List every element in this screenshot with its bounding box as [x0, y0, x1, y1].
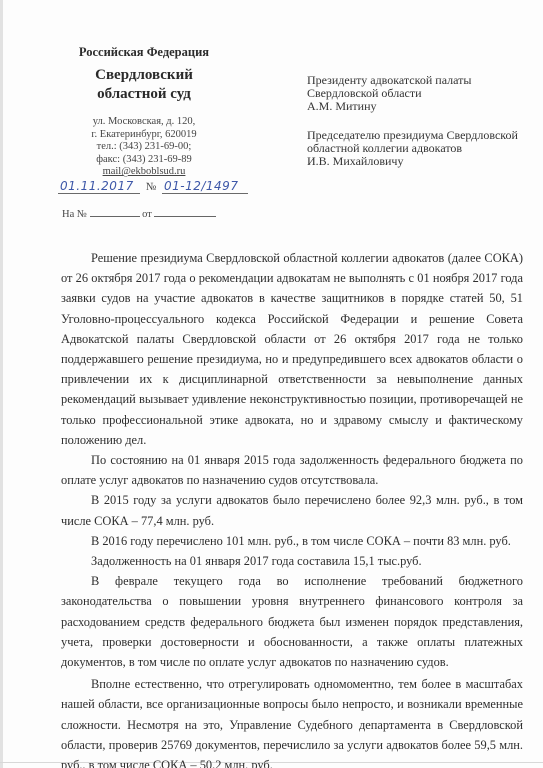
court-address: ул. Московская, д. 120, г. Екатеринбург,…: [52, 116, 236, 179]
country-name: Российская Федерация: [52, 44, 236, 60]
recipients-block: Президенту адвокатской палаты Свердловск…: [307, 74, 537, 184]
body-paragraph: В 2015 году за услуги адвокатов было пер…: [61, 490, 523, 530]
email-link[interactable]: mail@ekboblsud.ru: [52, 166, 236, 179]
recipient-name: А.М. Митину: [307, 100, 537, 113]
letterhead: Российская Федерация Свердловский област…: [52, 44, 236, 179]
address-street: ул. Московская, д. 120,: [52, 116, 236, 129]
reference-line: На № от: [62, 206, 216, 220]
court-name-line-2: областной суд: [52, 85, 236, 104]
registration-date: 01.11.2017: [58, 179, 140, 194]
registration-number-label: №: [146, 181, 157, 193]
document-page: Российская Федерация Свердловский област…: [0, 0, 543, 768]
address-city: г. Екатеринбург, 620019: [52, 129, 236, 142]
body-paragraph: Вполне естественно, что отрегулировать о…: [61, 674, 523, 768]
reference-number-blank: [90, 206, 140, 217]
recipient-name: И.В. Михайловичу: [307, 155, 537, 168]
phone-number: тел.: (343) 231-69-00;: [52, 141, 236, 154]
body-paragraph: Задолженность на 01 января 2017 года сос…: [61, 551, 523, 571]
letter-body: Решение президиума Свердловской областно…: [61, 248, 523, 768]
body-paragraph: Решение президиума Свердловской областно…: [61, 248, 523, 450]
reference-date-label: от: [142, 209, 152, 220]
registration-number: 01-12/1497: [162, 179, 248, 194]
fax-number: факс: (343) 231-69-89: [52, 154, 236, 167]
court-name: Свердловский областной суд: [52, 66, 236, 104]
registration-line: 01.11.2017 № 01-12/1497: [58, 179, 248, 199]
body-paragraph: В 2016 году перечислено 101 млн. руб., в…: [61, 531, 523, 551]
body-paragraph: В феврале текущего года во исполнение тр…: [61, 571, 523, 672]
court-name-line-1: Свердловский: [52, 66, 236, 85]
reference-date-blank: [154, 206, 216, 217]
scan-left-edge: [0, 0, 3, 768]
body-paragraph: По состоянию на 01 января 2015 года задо…: [61, 450, 523, 490]
recipient-collegium-chair: Председателю президиума Свердловской обл…: [307, 129, 537, 168]
reference-number-label: На №: [62, 209, 87, 220]
recipient-bar-president: Президенту адвокатской палаты Свердловск…: [307, 74, 537, 113]
